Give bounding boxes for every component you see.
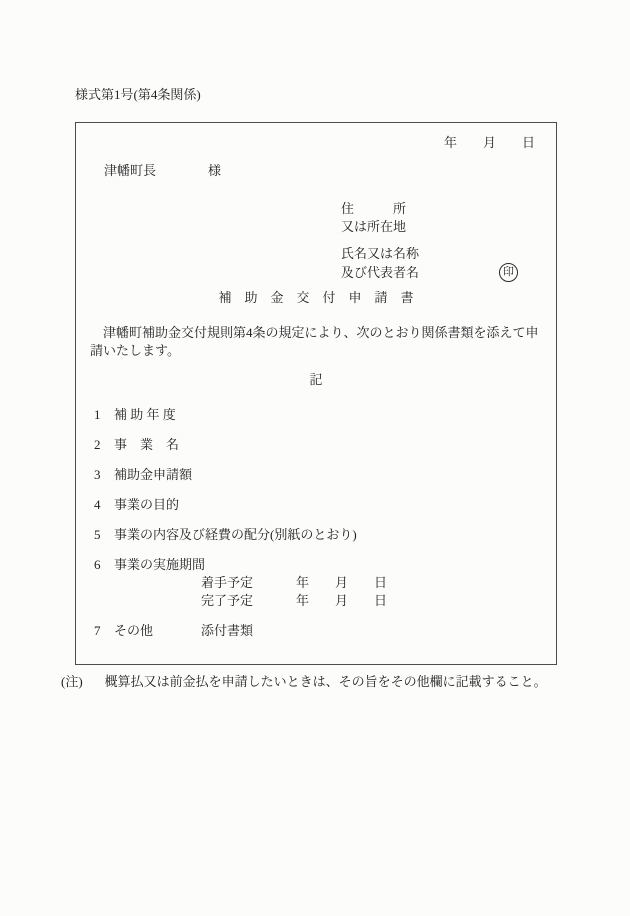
item-number: 7 xyxy=(94,622,114,640)
address-label-line1: 住 所 xyxy=(341,200,556,218)
addressee-row: 津幡町長様 xyxy=(104,162,556,180)
item-label: 補助金申請額 xyxy=(114,467,192,482)
item-list: 1補 助 年 度 2事 業 名 3補助金申請額 4事業の目的 5事業の内容及び経… xyxy=(76,406,556,640)
footnote-label: (注) xyxy=(61,674,83,689)
item-number: 2 xyxy=(94,436,114,454)
list-item-fiscal-year: 1補 助 年 度 xyxy=(94,406,556,424)
schedule-start-label: 着手予定 xyxy=(201,574,296,592)
schedule-end-row: 完了予定年 月 日 xyxy=(201,592,556,610)
list-item-requested-amount: 3補助金申請額 xyxy=(94,466,556,484)
schedule-end-date: 年 月 日 xyxy=(296,593,387,608)
ki-heading: 記 xyxy=(76,371,556,389)
schedule-start-date: 年 月 日 xyxy=(296,575,387,590)
addressee-honorific: 様 xyxy=(208,163,221,178)
item-value: 添付書類 xyxy=(201,623,253,638)
item-number: 4 xyxy=(94,496,114,514)
item-label: 事 業 名 xyxy=(114,437,179,452)
schedule-end-label: 完了予定 xyxy=(201,592,296,610)
list-item-project-period: 6事業の実施期間 xyxy=(94,556,556,574)
item-label: その他 xyxy=(114,622,201,640)
form-title: 補 助 金 交 付 申 請 書 xyxy=(76,289,556,307)
list-item-project-purpose: 4事業の目的 xyxy=(94,496,556,514)
item-number: 5 xyxy=(94,526,114,544)
addressee: 津幡町長 xyxy=(104,163,156,178)
footnote-text: 概算払又は前金払を申請したいときは、その旨をその他欄に記載すること。 xyxy=(105,674,547,689)
name-label-line2: 及び代表者名 xyxy=(341,264,419,282)
form-number-label: 様式第1号(第4条関係) xyxy=(75,86,630,104)
list-item-project-name: 2事 業 名 xyxy=(94,436,556,454)
item-number: 6 xyxy=(94,556,114,574)
item-label: 事業の実施期間 xyxy=(114,557,205,572)
item-number: 3 xyxy=(94,466,114,484)
application-statement: 津幡町補助金交付規則第4条の規定により、次のとおり関係書類を添えて申請いたします… xyxy=(90,324,543,360)
address-label-line2: 又は所在地 xyxy=(341,218,556,236)
footnote: (注)概算払又は前金払を申請したいときは、その旨をその他欄に記載すること。 xyxy=(61,673,630,691)
list-item-project-details: 5事業の内容及び経費の配分(別紙のとおり) xyxy=(94,526,556,544)
application-form-box: 年 月 日 津幡町長様 住 所 又は所在地 氏名又は名称 及び代表者名 印 補 … xyxy=(75,122,557,665)
item-label: 補 助 年 度 xyxy=(114,407,176,422)
item-label: 事業の内容及び経費の配分(別紙のとおり) xyxy=(114,527,357,542)
item-number: 1 xyxy=(94,406,114,424)
name-line2-row: 及び代表者名 印 xyxy=(341,263,556,282)
date-line: 年 月 日 xyxy=(76,134,556,152)
name-group: 氏名又は名称 及び代表者名 印 xyxy=(341,245,556,282)
schedule-start-row: 着手予定年 月 日 xyxy=(201,574,556,592)
list-item-other: 7その他添付書類 xyxy=(94,622,556,640)
item-label: 事業の目的 xyxy=(114,497,179,512)
seal-stamp-icon: 印 xyxy=(499,263,518,282)
name-label-line1: 氏名又は名称 xyxy=(341,245,556,263)
applicant-block: 住 所 又は所在地 氏名又は名称 及び代表者名 印 xyxy=(341,200,556,282)
document-page: 様式第1号(第4条関係) 年 月 日 津幡町長様 住 所 又は所在地 氏名又は名… xyxy=(0,86,630,691)
